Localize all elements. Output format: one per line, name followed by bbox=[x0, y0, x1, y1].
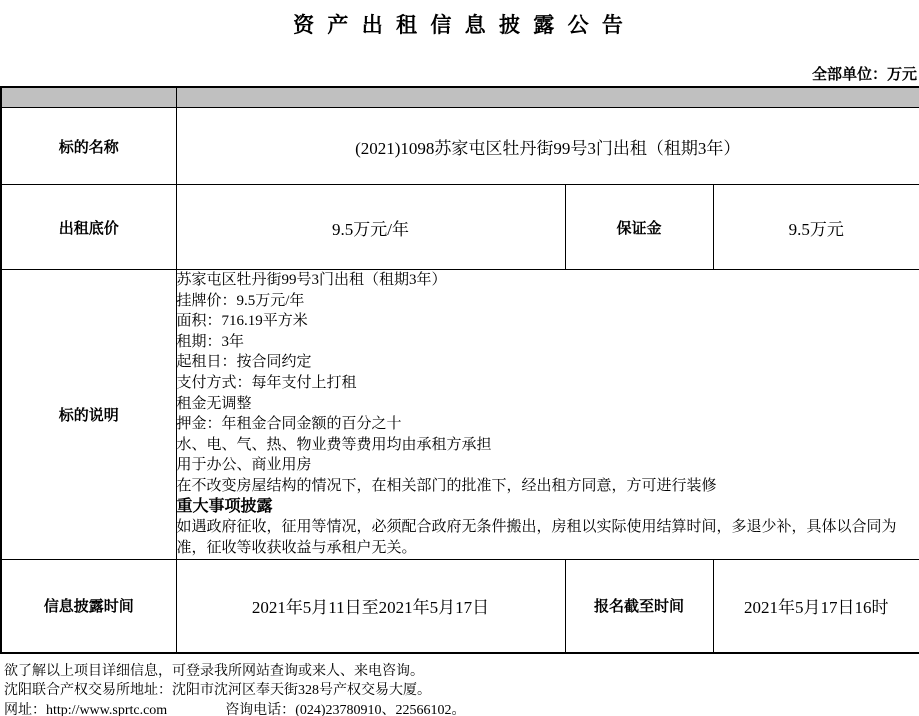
desc-line: 面积：716.19平方米 bbox=[177, 311, 919, 332]
website-url: http://www.sprtc.com bbox=[46, 703, 167, 716]
deposit-value: 9.5万元 bbox=[713, 185, 919, 270]
table-header-row bbox=[1, 87, 919, 108]
desc-line: 押金：年租金合同金额的百分之十 bbox=[177, 414, 919, 435]
desc-line: 用于办公、商业用房 bbox=[177, 455, 919, 476]
base-price-label: 出租底价 bbox=[1, 185, 176, 270]
desc-line: 在不改变房屋结构的情况下，在相关部门的批准下，经出租方同意，方可进行装修 bbox=[177, 476, 919, 497]
major-disclosure-text: 如遇政府征收，征用等情况，必须配合政府无条件搬出，房租以实际使用结算时间，多退少… bbox=[177, 517, 919, 558]
dates-row: 信息披露时间 2021年5月11日至2021年5月17日 报名截至时间 2021… bbox=[1, 560, 919, 653]
registration-deadline-label: 报名截至时间 bbox=[565, 560, 713, 653]
desc-line: 租期：3年 bbox=[177, 332, 919, 353]
unit-note: 全部单位：万元 bbox=[0, 63, 919, 84]
subject-name-value: (2021)1098苏家屯区牡丹街99号3门出租（租期3年） bbox=[176, 108, 919, 185]
desc-line: 起租日：按合同约定 bbox=[177, 352, 919, 373]
description-label: 标的说明 bbox=[1, 270, 176, 560]
disclosure-period-value: 2021年5月11日至2021年5月17日 bbox=[176, 560, 565, 653]
subject-name-label: 标的名称 bbox=[1, 108, 176, 185]
major-disclosure-heading: 重大事项披露 bbox=[177, 497, 919, 518]
desc-line: 水、电、气、热、物业费等费用均由承租方承担 bbox=[177, 435, 919, 456]
subject-name-row: 标的名称 (2021)1098苏家屯区牡丹街99号3门出租（租期3年） bbox=[1, 108, 919, 185]
description-content: 苏家屯区牡丹街99号3门出租（租期3年） 挂牌价：9.5万元/年 面积：716.… bbox=[176, 270, 919, 560]
footer: 欲了解以上项目详细信息，可登录我所网站查询或来人、来电咨询。 沈阳联合产权交易所… bbox=[0, 662, 919, 716]
base-price-value: 9.5万元/年 bbox=[176, 185, 565, 270]
footer-line-address: 沈阳联合产权交易所地址：沈阳市沈河区奉天街328号产权交易大厦。 bbox=[4, 681, 919, 701]
disclosure-table: 标的名称 (2021)1098苏家屯区牡丹街99号3门出租（租期3年） 出租底价… bbox=[0, 86, 919, 654]
header-cell-left bbox=[1, 87, 176, 108]
deposit-label: 保证金 bbox=[565, 185, 713, 270]
page-title: 资 产 出 租 信 息 披 露 公 告 bbox=[0, 9, 919, 39]
disclosure-period-label: 信息披露时间 bbox=[1, 560, 176, 653]
announcement-page: 资 产 出 租 信 息 披 露 公 告 全部单位：万元 标的名称 (2021)1… bbox=[0, 0, 919, 716]
header-cell-right bbox=[176, 87, 919, 108]
footer-line-info: 欲了解以上项目详细信息，可登录我所网站查询或来人、来电咨询。 bbox=[4, 662, 919, 682]
desc-line: 挂牌价：9.5万元/年 bbox=[177, 291, 919, 312]
desc-line: 支付方式：每年支付上打租 bbox=[177, 373, 919, 394]
phone-label: 咨询电话： bbox=[225, 703, 295, 716]
registration-deadline-value: 2021年5月17日16时 bbox=[713, 560, 919, 653]
footer-line-contact: 网址：http://www.sprtc.com咨询电话：(024)2378091… bbox=[4, 701, 919, 716]
price-row: 出租底价 9.5万元/年 保证金 9.5万元 bbox=[1, 185, 919, 270]
desc-line: 苏家屯区牡丹街99号3门出租（租期3年） bbox=[177, 270, 919, 291]
desc-line: 租金无调整 bbox=[177, 394, 919, 415]
description-row: 标的说明 苏家屯区牡丹街99号3门出租（租期3年） 挂牌价：9.5万元/年 面积… bbox=[1, 270, 919, 560]
website-label: 网址： bbox=[4, 703, 46, 716]
phone-numbers: (024)23780910、22566102。 bbox=[295, 703, 465, 716]
